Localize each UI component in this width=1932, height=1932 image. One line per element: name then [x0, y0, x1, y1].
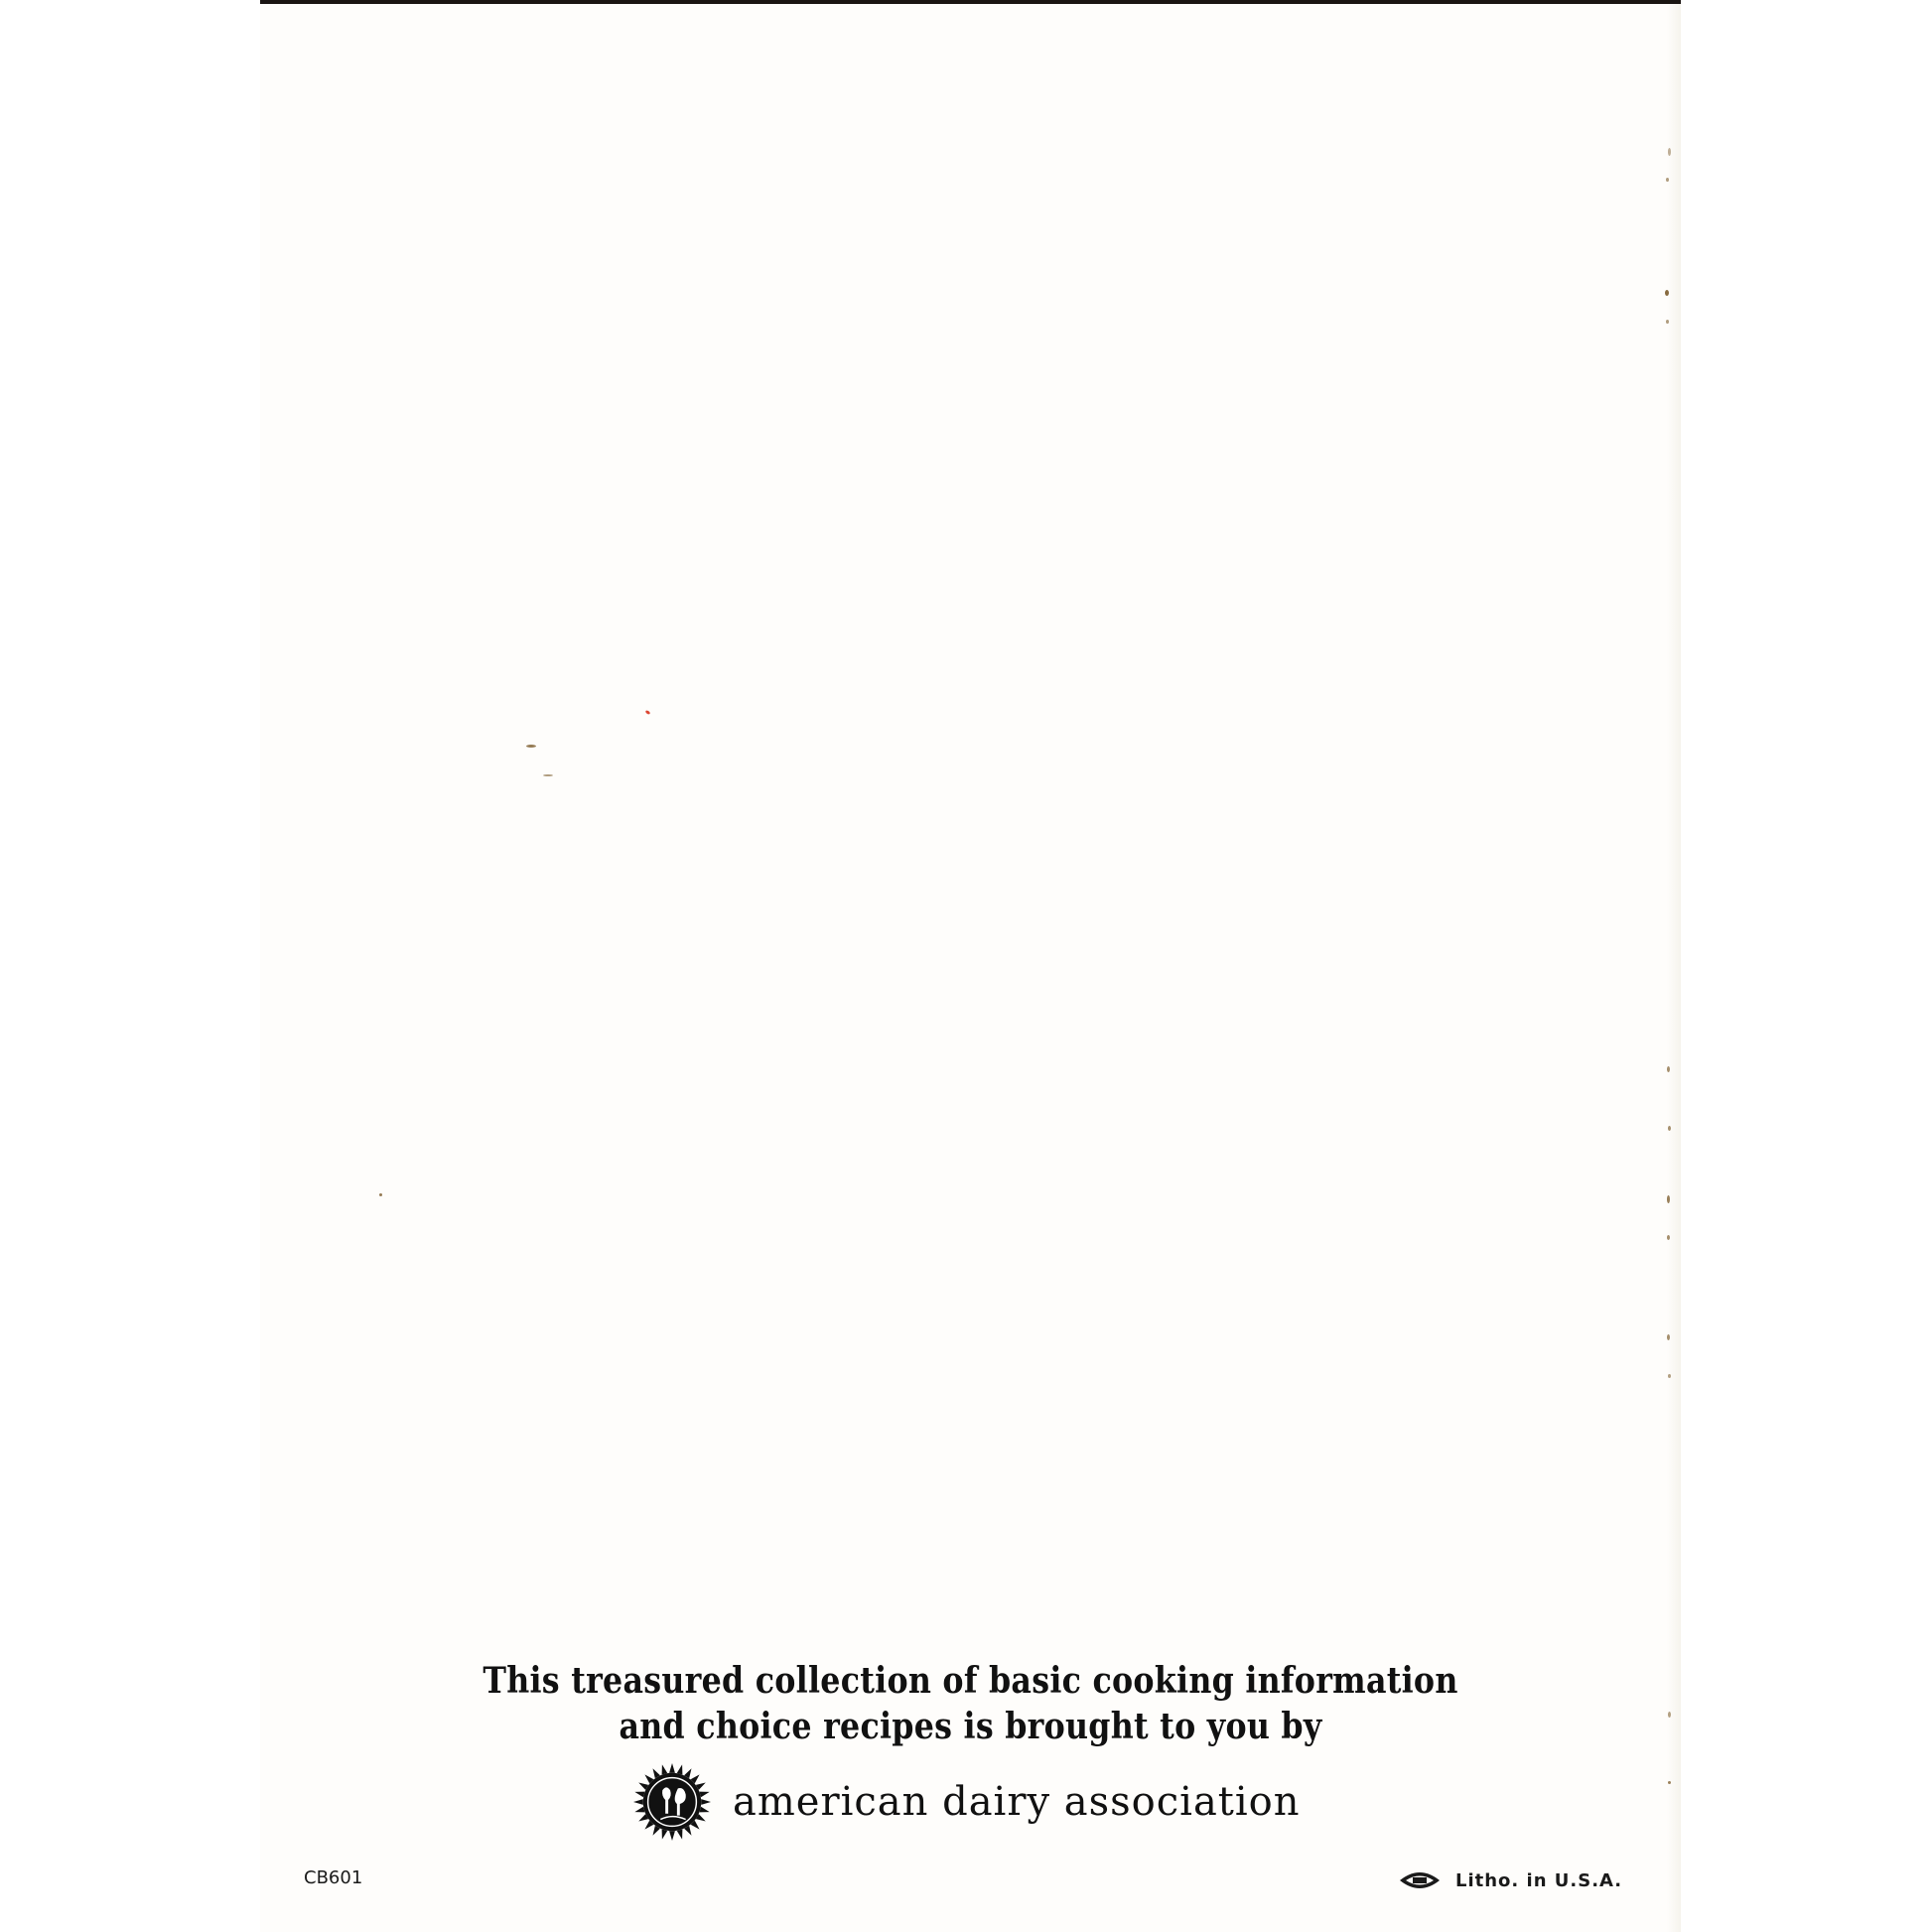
paper-stain: [1668, 148, 1671, 156]
back-cover-page: This treasured collection of basic cooki…: [260, 0, 1681, 1932]
paper-stain: [1668, 1781, 1671, 1784]
paper-stain: [1668, 1126, 1671, 1131]
brand-name: american dairy association: [733, 1779, 1301, 1825]
paper-stain: [1665, 290, 1669, 296]
paper-stain: [1666, 320, 1669, 324]
paper-stain: [1667, 1334, 1670, 1340]
paper-stain: [1667, 1066, 1670, 1072]
paper-stain: [1668, 1374, 1671, 1378]
sunburst-emblem-icon: [633, 1763, 711, 1841]
brand-lockup: american dairy association: [633, 1763, 1301, 1841]
tagline: This treasured collection of basic cooki…: [345, 1658, 1595, 1749]
union-bug-icon: [1398, 1868, 1442, 1892]
catalog-code: CB601: [304, 1867, 362, 1888]
printer-mark-text: Litho. in U.S.A.: [1455, 1870, 1622, 1891]
paper-stain: [526, 745, 536, 748]
tagline-line-1: This treasured collection of basic cooki…: [345, 1658, 1595, 1704]
printer-mark: Litho. in U.S.A.: [1398, 1868, 1622, 1892]
paper-stain: [1668, 1712, 1671, 1718]
paper-stain: [543, 774, 553, 776]
paper-stain: [379, 1193, 382, 1196]
paper-stain: [1666, 178, 1669, 182]
tagline-line-2: and choice recipes is brought to you by: [345, 1704, 1595, 1749]
paper-stain: [1667, 1235, 1670, 1240]
paper-stain: [645, 710, 651, 715]
paper-stain: [1667, 1195, 1670, 1203]
